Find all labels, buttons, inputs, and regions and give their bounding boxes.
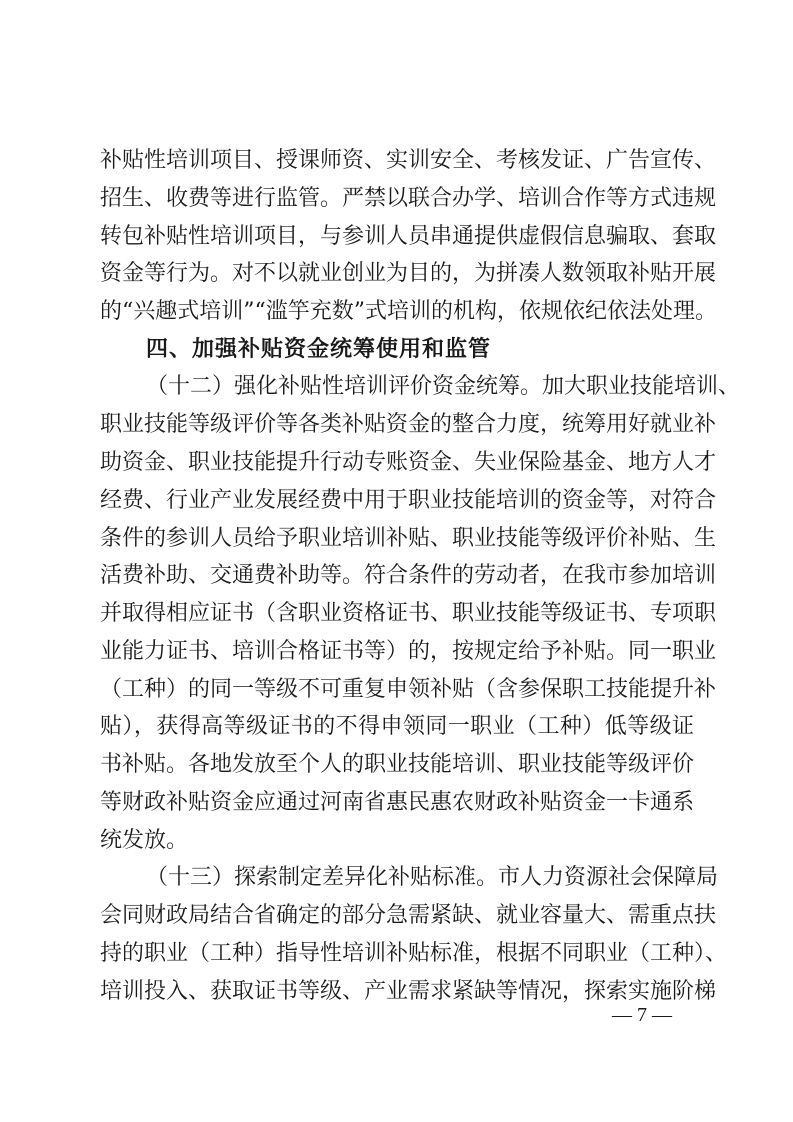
paragraph-12-line: 并取得相应证书（含职业资格证书、职业技能等级证书、专项职 — [100, 599, 694, 629]
paragraph-12-line: （十二）强化补贴性培训评价资金统筹。加大职业技能培训、 — [146, 372, 694, 402]
paragraph-13-line: （十三）探索制定差异化补贴标准。市人力资源社会保障局 — [146, 863, 694, 893]
page-number: — 7 — — [612, 1001, 672, 1029]
paragraph-12-line: 条件的参训人员给予职业培训补贴、职业技能等级评价补贴、生 — [100, 524, 694, 554]
paragraph-12-line: 统发放。 — [100, 826, 694, 856]
text-line: 资金等行为。对不以就业创业为目的，为拼凑人数领取补贴开展 — [100, 259, 694, 289]
paragraph-13-line: 持的职业（工种）指导性培训补贴标准，根据不同职业（工种）、 — [100, 939, 694, 969]
paragraph-12-line: （工种）的同一等级不可重复申领补贴（含参保职工技能提升补 — [100, 675, 694, 705]
text-line: 补贴性培训项目、授课师资、实训安全、考核发证、广告宣传、 — [100, 146, 694, 176]
paragraph-12-line: 业能力证书、培训合格证书等）的，按规定给予补贴。同一职业 — [100, 637, 694, 667]
document-page: 补贴性培训项目、授课师资、实训安全、考核发证、广告宣传、 招生、收费等进行监管。… — [0, 0, 793, 1122]
text-line: 转包补贴性培训项目，与参训人员串通提供虚假信息骗取、套取 — [100, 222, 694, 252]
paragraph-12-line: 活费补助、交通费补助等。符合条件的劳动者，在我市参加培训 — [100, 561, 694, 591]
paragraph-12-line: 助资金、职业技能提升行动专账资金、失业保险基金、地方人才 — [100, 448, 694, 478]
paragraph-12-line: 经费、行业产业发展经费中用于职业技能培训的资金等，对符合 — [100, 486, 694, 516]
text-line: 招生、收费等进行监管。严禁以联合办学、培训合作等方式违规 — [100, 184, 694, 214]
paragraph-12-line: 贴），获得高等级证书的不得申领同一职业（工种）低等级证 — [100, 712, 694, 742]
section-heading: 四、加强补贴资金统筹使用和监管 — [146, 335, 491, 365]
paragraph-12-line: 等财政补贴资金应通过河南省惠民惠农财政补贴资金一卡通系 — [100, 788, 694, 818]
paragraph-12-line: 书补贴。各地发放至个人的职业技能培训、职业技能等级评价 — [100, 750, 694, 780]
paragraph-13-line: 培训投入、获取证书等级、产业需求紧缺等情况，探索实施阶梯 — [100, 977, 694, 1007]
paragraph-13-line: 会同财政局结合省确定的部分急需紧缺、就业容量大、需重点扶 — [100, 901, 694, 931]
text-line: 的“兴趣式培训”“滥竽充数”式培训的机构，依规依纪依法处理。 — [100, 297, 694, 327]
paragraph-12-line: 职业技能等级评价等各类补贴资金的整合力度，统筹用好就业补 — [100, 410, 694, 440]
